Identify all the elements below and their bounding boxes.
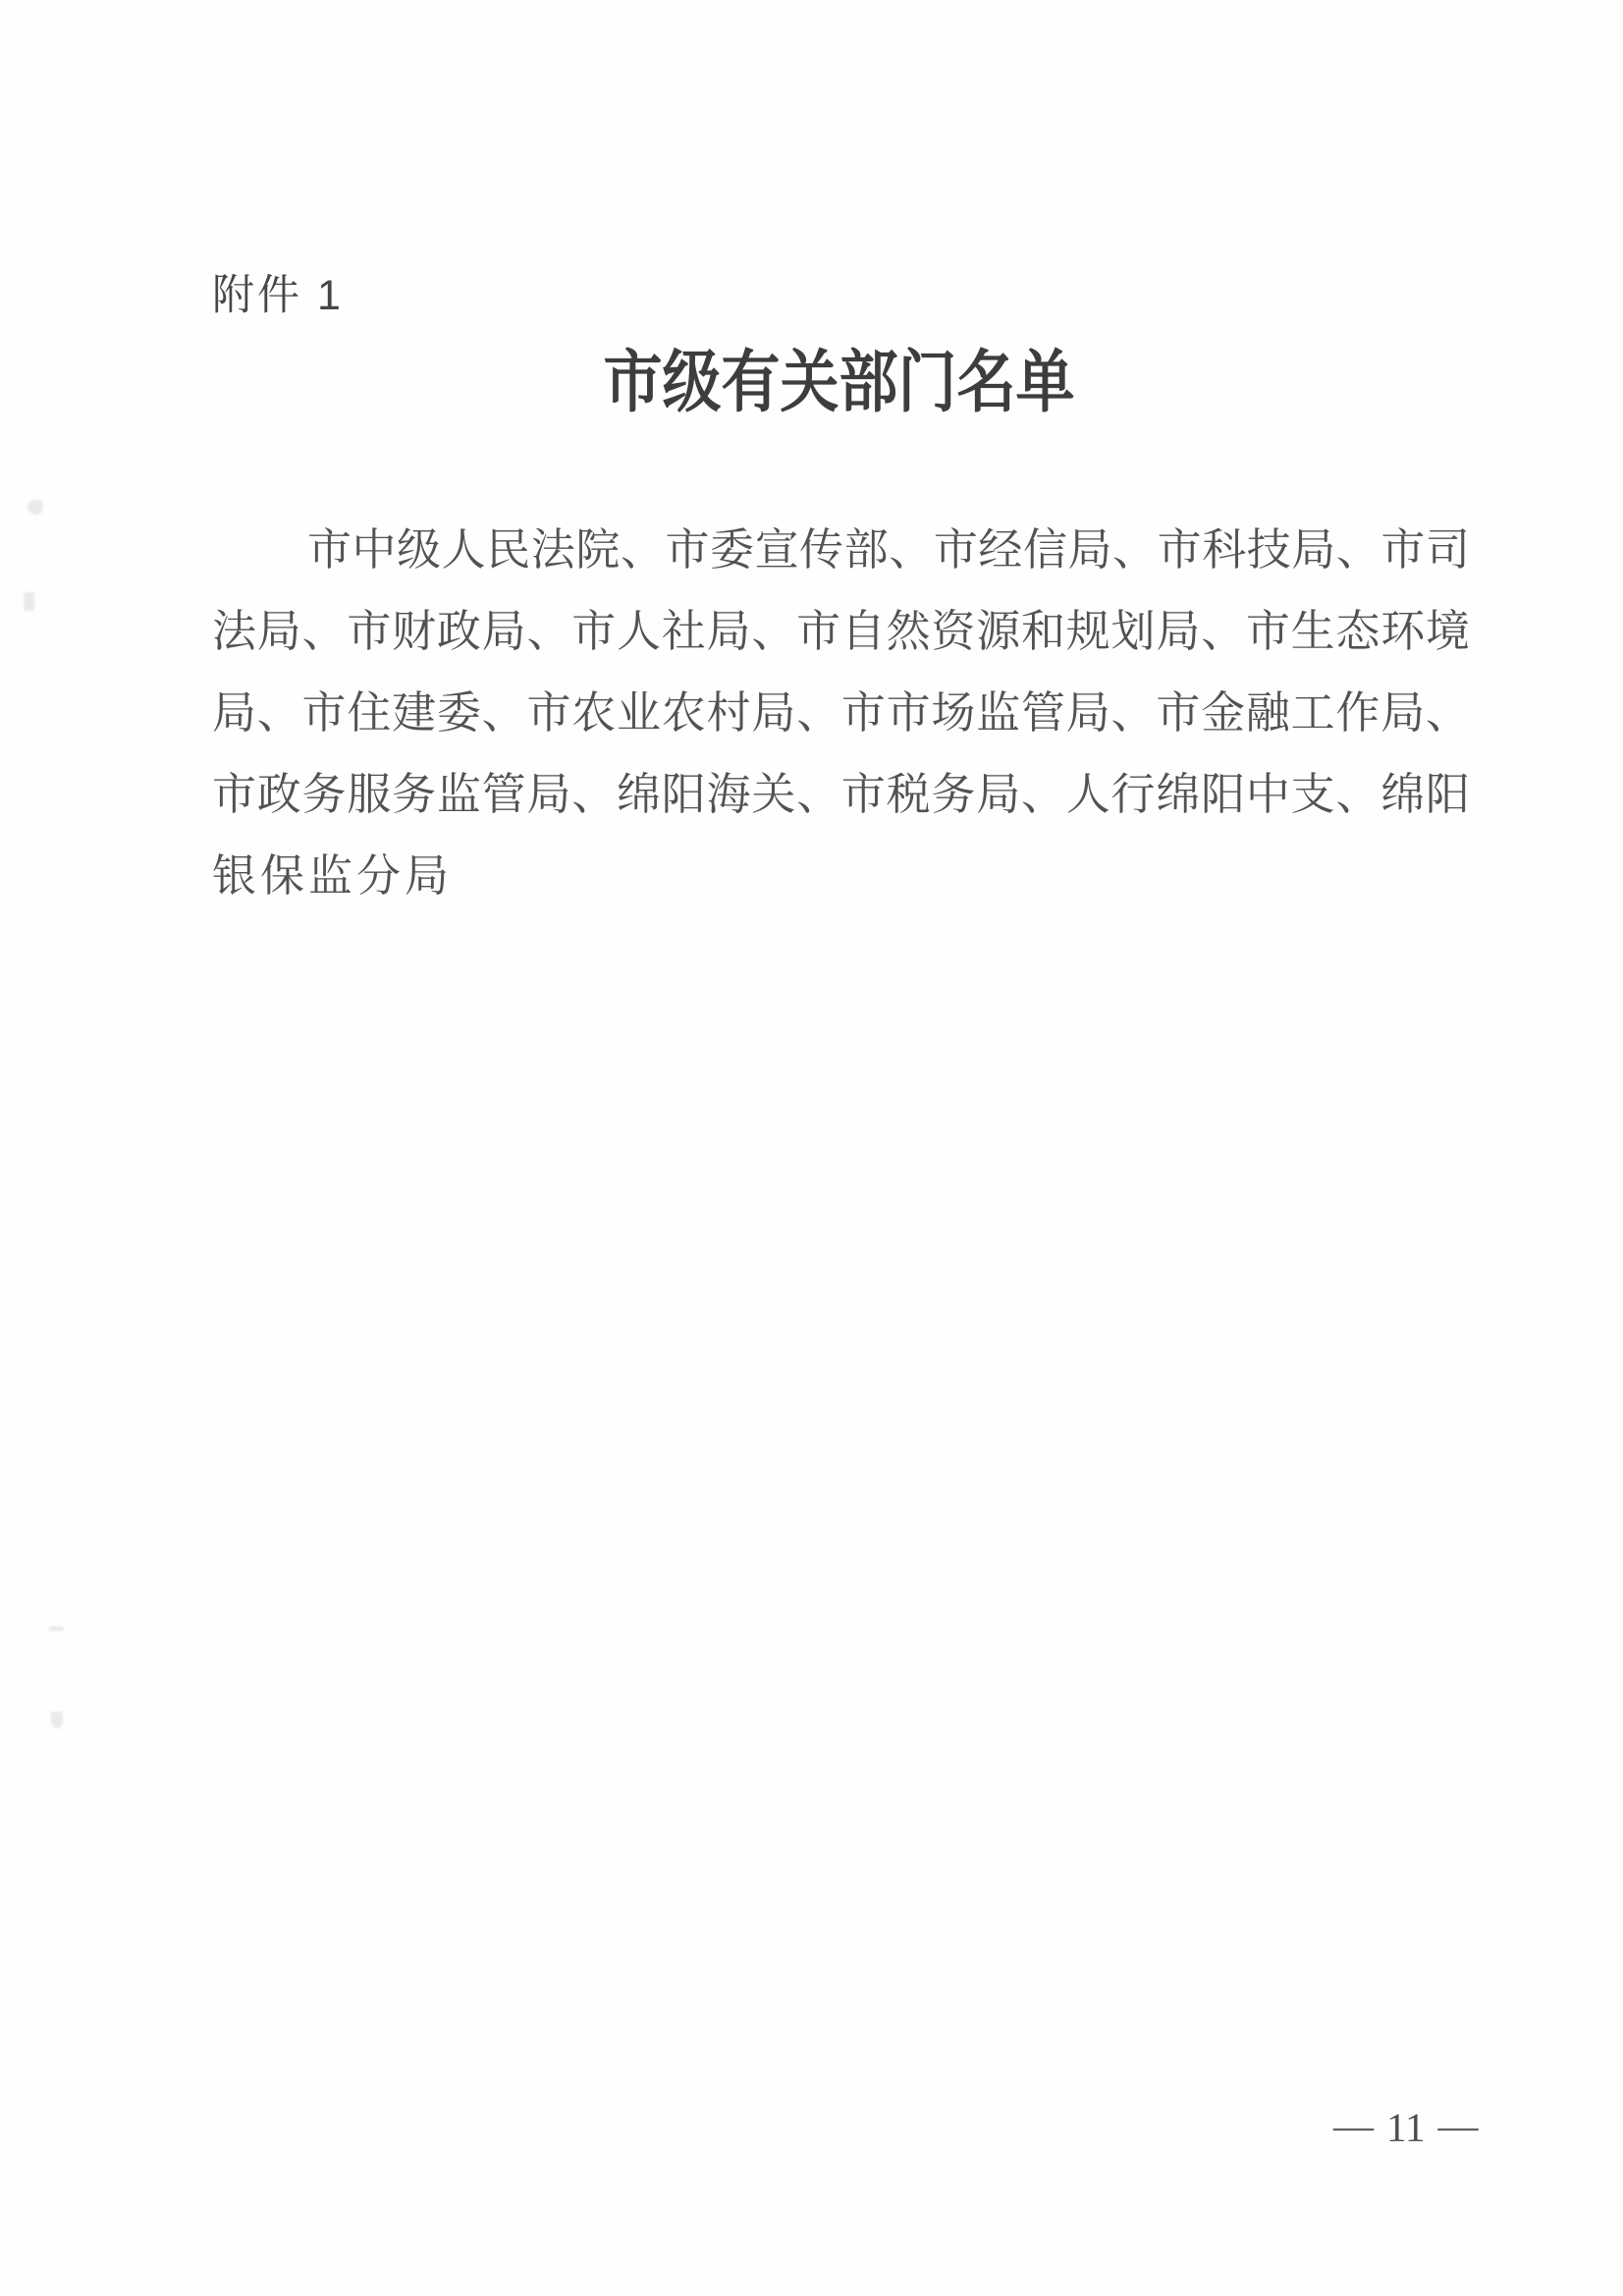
- scan-artifact: [24, 592, 34, 611]
- page-number-right-dash: —: [1437, 2102, 1478, 2149]
- document-title: 市级有关部门名单: [0, 342, 1623, 423]
- body-line: 法局、市财政局、市人社局、市自然资源和规划局、市生态环境: [212, 591, 1470, 673]
- attachment-label: 附件 1: [212, 273, 344, 318]
- body-line: 局、市住建委、市农业农村局、市市场监管局、市金融工作局、: [212, 673, 1470, 754]
- scan-artifact: [49, 1626, 64, 1631]
- page-number-left-dash: —: [1333, 2102, 1374, 2149]
- scanned-document-page: 附件 1 市级有关部门名单 市中级人民法院、市委宣传部、市经信局、市科技局、市司…: [0, 0, 1623, 2296]
- scan-artifact: [27, 500, 43, 515]
- page-number: — 11 —: [1333, 2104, 1478, 2151]
- body-line: 市政务服务监管局、绵阳海关、市税务局、人行绵阳中支、绵阳: [212, 754, 1470, 836]
- body-line: 银保监分局: [212, 836, 1470, 917]
- body-paragraph: 市中级人民法院、市委宣传部、市经信局、市科技局、市司 法局、市财政局、市人社局、…: [212, 510, 1470, 917]
- page-number-value: 11: [1386, 2104, 1425, 2151]
- body-line: 市中级人民法院、市委宣传部、市经信局、市科技局、市司: [212, 510, 1470, 591]
- scan-artifact: [51, 1712, 63, 1728]
